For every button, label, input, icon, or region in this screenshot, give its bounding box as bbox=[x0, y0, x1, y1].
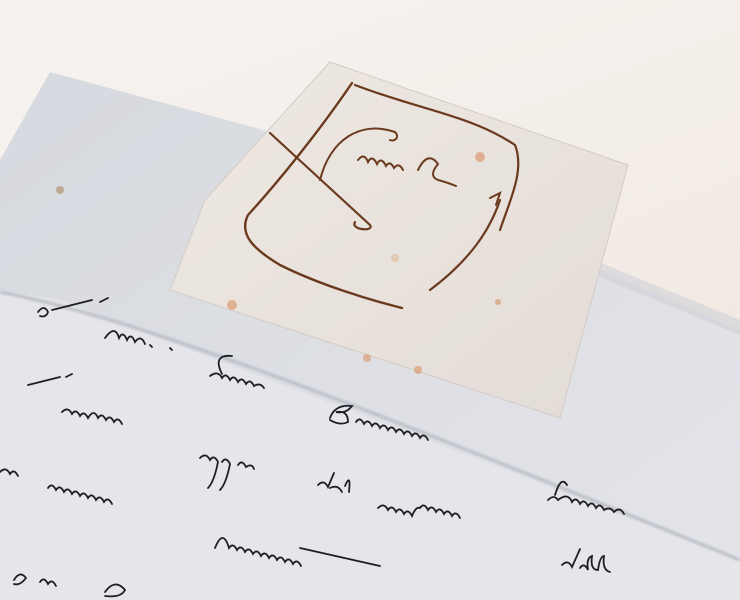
photo-illustration bbox=[0, 0, 740, 600]
manuscript-photo: Simon Lo a' l' Ill.ᵐᵒ Cosimo Buonarroti … bbox=[0, 0, 740, 600]
